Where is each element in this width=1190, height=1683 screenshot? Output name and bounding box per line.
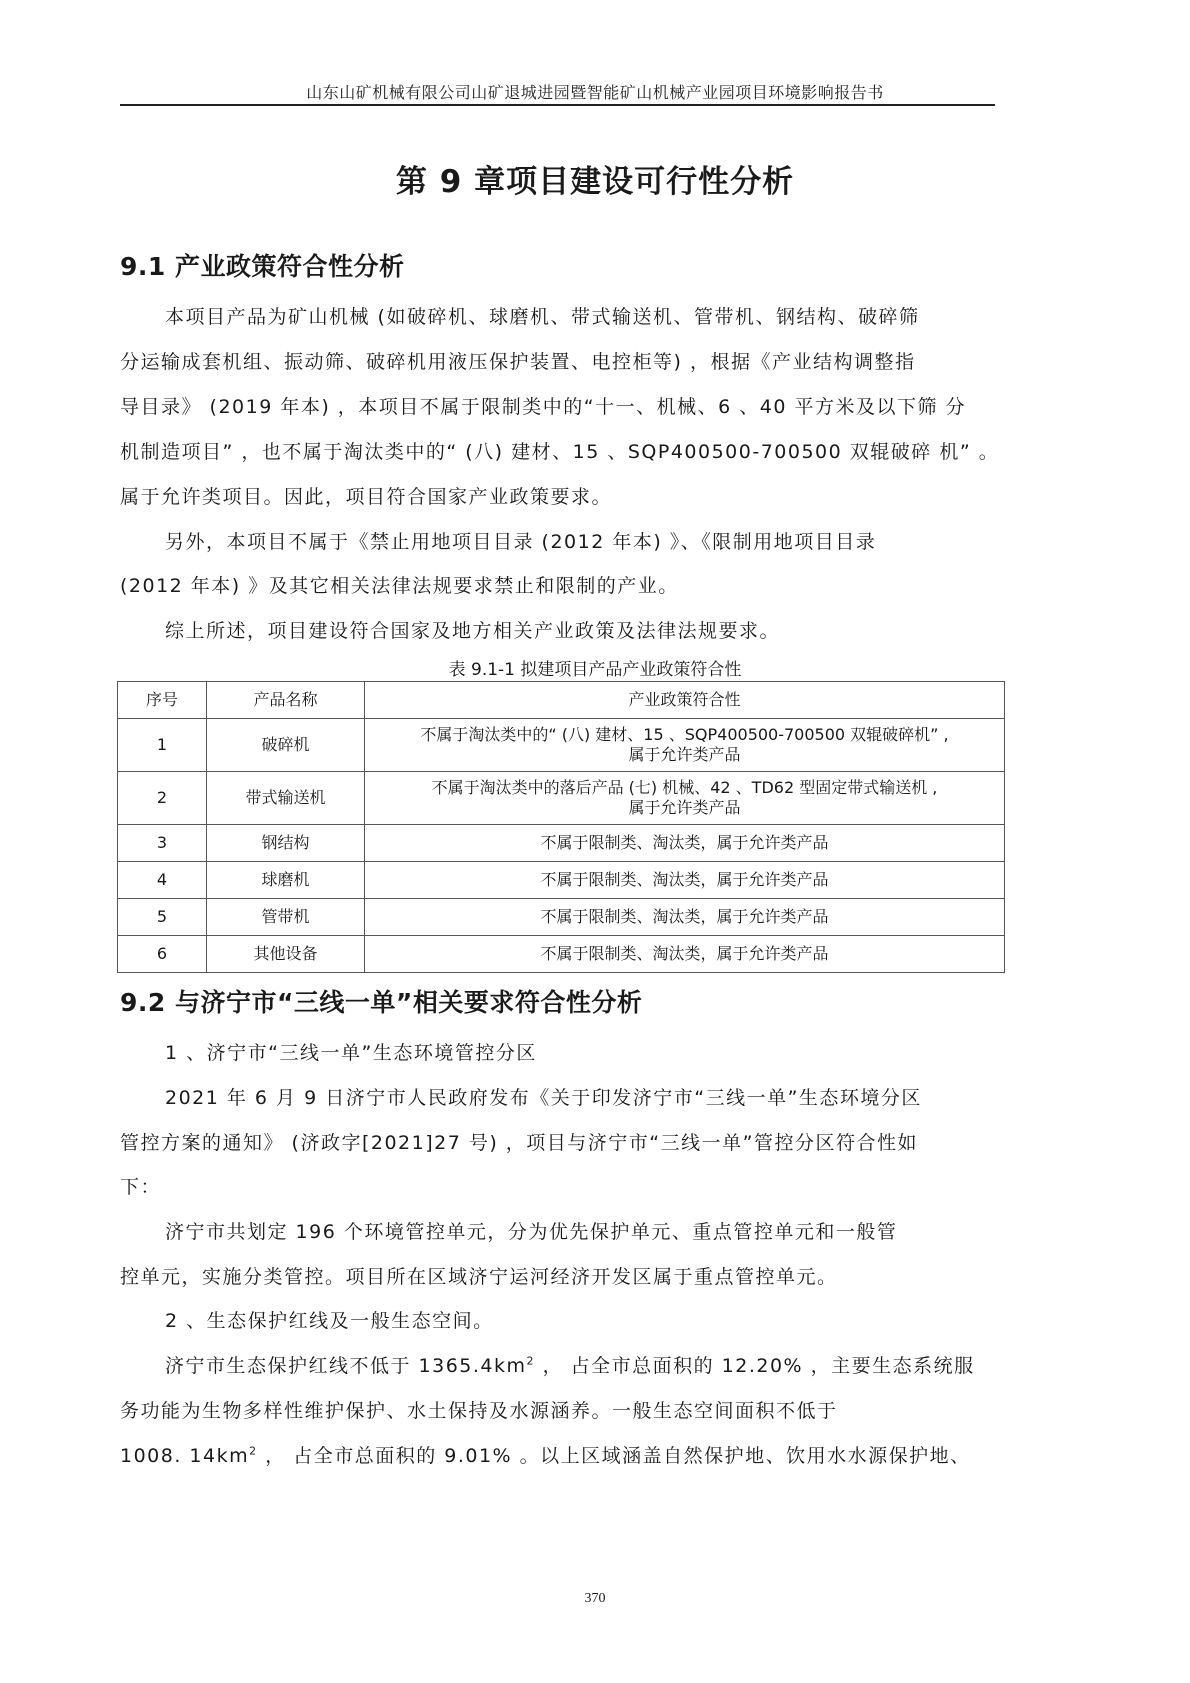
subheading-line: 1 、济宁市“三线一单”生态环境管控分区 [165, 1038, 1035, 1065]
paragraph-line: 分运输成套机组、振动筛、破碎机用液压保护装置、电控柜等) ，根据《产业结构调整指 [120, 347, 990, 374]
column-header-policy: 产业政策符合性 [365, 682, 1005, 719]
paragraph-line: 济宁市生态保护红线不低于 1365.4km2 ， 占全市总面积的 12.20% … [165, 1351, 1035, 1378]
cell-policy: 不属于淘汰类中的落后产品 (七) 机械、42 、TD62 型固定带式输送机 , … [365, 772, 1005, 825]
column-header-no: 序号 [118, 682, 207, 719]
cell-no: 5 [118, 899, 207, 936]
superscript: 2 [249, 1445, 258, 1458]
paragraph-line: 务功能为生物多样性维护保护、水土保持及水源涵养。一般生态空间面积不低于 [120, 1396, 990, 1423]
cell-no: 4 [118, 862, 207, 899]
redline-text-cont: ， 占全市总面积的 12.20% ，主要生态系统服 [535, 1355, 975, 1377]
cell-product: 管带机 [207, 899, 365, 936]
cell-policy-line: 不属于淘汰类中的“ (八) 建材、15 、SQP400500-700500 双辊… [371, 725, 998, 745]
table-header-row: 序号 产品名称 产业政策符合性 [118, 682, 1005, 719]
cell-no: 6 [118, 936, 207, 973]
header-rule [120, 104, 995, 106]
paragraph-line: 管控方案的通知》 (济政字[2021]27 号) ，项目与济宁市“三线一单”管控… [120, 1128, 990, 1155]
cell-product: 钢结构 [207, 825, 365, 862]
paragraph-line: 属于允许类项目。因此，项目符合国家产业政策要求。 [120, 482, 990, 509]
general-space-text: 1008. 14km [120, 1445, 249, 1467]
paragraph-line: 导目录》 (2019 年本) ，本项目不属于限制类中的“十一、机械、6 、40 … [120, 392, 990, 419]
running-header: 山东山矿机械有限公司山矿退城进园暨智能矿山机械产业园项目环境影响报告书 [0, 80, 1190, 103]
cell-policy: 不属于限制类、淘汰类，属于允许类产品 [365, 899, 1005, 936]
superscript: 2 [527, 1355, 536, 1368]
cell-policy: 不属于限制类、淘汰类，属于允许类产品 [365, 936, 1005, 973]
section-heading-9-1: 9.1 产业政策符合性分析 [120, 247, 405, 283]
cell-product: 破碎机 [207, 719, 365, 772]
table-caption: 表 9.1-1 拟建项目产品产业政策符合性 [0, 655, 1190, 680]
cell-product: 球磨机 [207, 862, 365, 899]
table-row: 5 管带机 不属于限制类、淘汰类，属于允许类产品 [118, 899, 1005, 936]
policy-compliance-table: 序号 产品名称 产业政策符合性 1 破碎机 不属于淘汰类中的“ (八) 建材、1… [117, 681, 1005, 973]
cell-product: 其他设备 [207, 936, 365, 973]
cell-policy-line: 不属于淘汰类中的落后产品 (七) 机械、42 、TD62 型固定带式输送机 , [371, 778, 998, 798]
paragraph-line: 1008. 14km2 ， 占全市总面积的 9.01% 。以上区域涵盖自然保护地… [120, 1441, 990, 1468]
cell-policy: 不属于限制类、淘汰类，属于允许类产品 [365, 862, 1005, 899]
general-space-text-cont: ， 占全市总面积的 9.01% 。以上区域涵盖自然保护地、饮用水水源保护地、 [258, 1445, 971, 1467]
column-header-product: 产品名称 [207, 682, 365, 719]
table-row: 4 球磨机 不属于限制类、淘汰类，属于允许类产品 [118, 862, 1005, 899]
cell-no: 1 [118, 719, 207, 772]
paragraph-line: 综上所述，项目建设符合国家及地方相关产业政策及法律法规要求。 [165, 616, 1035, 643]
paragraph-line: 济宁市共划定 196 个环境管控单元，分为优先保护单元、重点管控单元和一般管 [165, 1217, 1035, 1244]
cell-policy-line: 属于允许类产品 [371, 798, 998, 818]
table-row: 1 破碎机 不属于淘汰类中的“ (八) 建材、15 、SQP400500-700… [118, 719, 1005, 772]
paragraph-line: 控单元，实施分类管控。项目所在区域济宁运河经济开发区属于重点管控单元。 [120, 1262, 990, 1289]
page-number: 370 [0, 1591, 1190, 1607]
redline-text: 济宁市生态保护红线不低于 1365.4km [165, 1355, 527, 1377]
cell-policy: 不属于淘汰类中的“ (八) 建材、15 、SQP400500-700500 双辊… [365, 719, 1005, 772]
paragraph-line: 本项目产品为矿山机械 (如破碎机、球磨机、带式输送机、管带机、钢结构、破碎筛 [165, 302, 1035, 329]
paragraph-line: (2012 年本) 》及其它相关法律法规要求禁止和限制的产业。 [120, 571, 990, 598]
subheading-line: 2 、生态保护红线及一般生态空间。 [165, 1306, 1035, 1333]
cell-product: 带式输送机 [207, 772, 365, 825]
paragraph-line: 另外，本项目不属于《禁止用地项目目录 (2012 年本) 》、《限制用地项目目录 [165, 527, 1035, 554]
table-row: 2 带式输送机 不属于淘汰类中的落后产品 (七) 机械、42 、TD62 型固定… [118, 772, 1005, 825]
chapter-title: 第 9 章项目建设可行性分析 [0, 156, 1190, 201]
paragraph-line: 2021 年 6 月 9 日济宁市人民政府发布《关于印发济宁市“三线一单”生态环… [165, 1083, 1035, 1110]
paragraph-line: 机制造项目” ，也不属于淘汰类中的“ (八) 建材、15 、SQP400500-… [120, 437, 990, 464]
table-row: 3 钢结构 不属于限制类、淘汰类，属于允许类产品 [118, 825, 1005, 862]
section-heading-9-2: 9.2 与济宁市“三线一单”相关要求符合性分析 [120, 983, 642, 1019]
cell-policy: 不属于限制类、淘汰类，属于允许类产品 [365, 825, 1005, 862]
paragraph-line: 下： [120, 1172, 990, 1199]
table-row: 6 其他设备 不属于限制类、淘汰类，属于允许类产品 [118, 936, 1005, 973]
cell-policy-line: 属于允许类产品 [371, 745, 998, 765]
cell-no: 2 [118, 772, 207, 825]
cell-no: 3 [118, 825, 207, 862]
